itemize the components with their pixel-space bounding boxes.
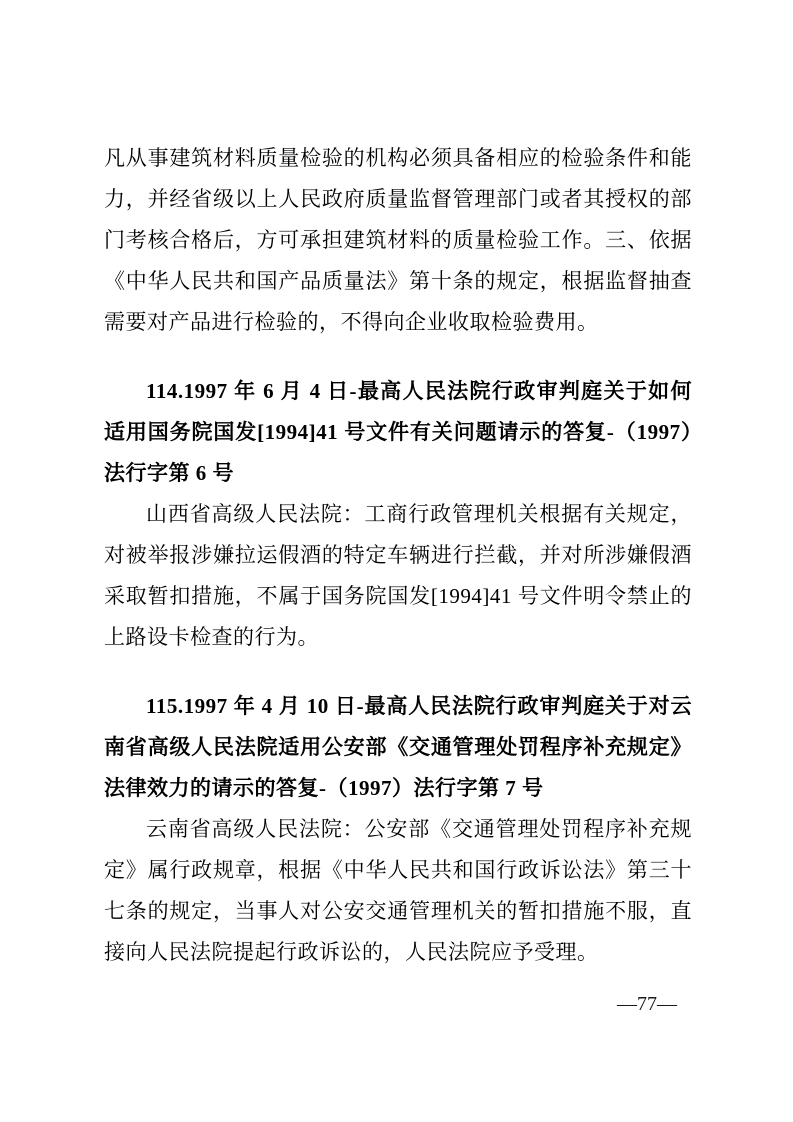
entry-114-body: 山西省高级人民法院：工商行政管理机关根据有关规定，对被举报涉嫌拉运假酒的特定车辆… xyxy=(104,494,692,658)
page-number: —77— xyxy=(617,993,677,1016)
paragraph-quality-inspection-continuation: 凡从事建筑材料质量检验的机构必须具备相应的检验条件和能力，并经省级以上人民政府质… xyxy=(104,138,692,343)
entry-115-body: 云南省高级人民法院：公安部《交通管理处罚程序补充规定》属行政规章，根据《中华人民… xyxy=(104,809,692,973)
page-content: 凡从事建筑材料质量检验的机构必须具备相应的检验条件和能力，并经省级以上人民政府质… xyxy=(104,138,692,973)
entry-114-heading: 114.1997 年 6 月 4 日-最高人民法院行政审判庭关于如何适用国务院国… xyxy=(104,371,692,494)
document-page: 凡从事建筑材料质量检验的机构必须具备相应的检验条件和能力，并经省级以上人民政府质… xyxy=(0,0,793,1122)
entry-115-heading: 115.1997 年 4 月 10 日-最高人民法院行政审判庭关于对云南省高级人… xyxy=(104,686,692,809)
